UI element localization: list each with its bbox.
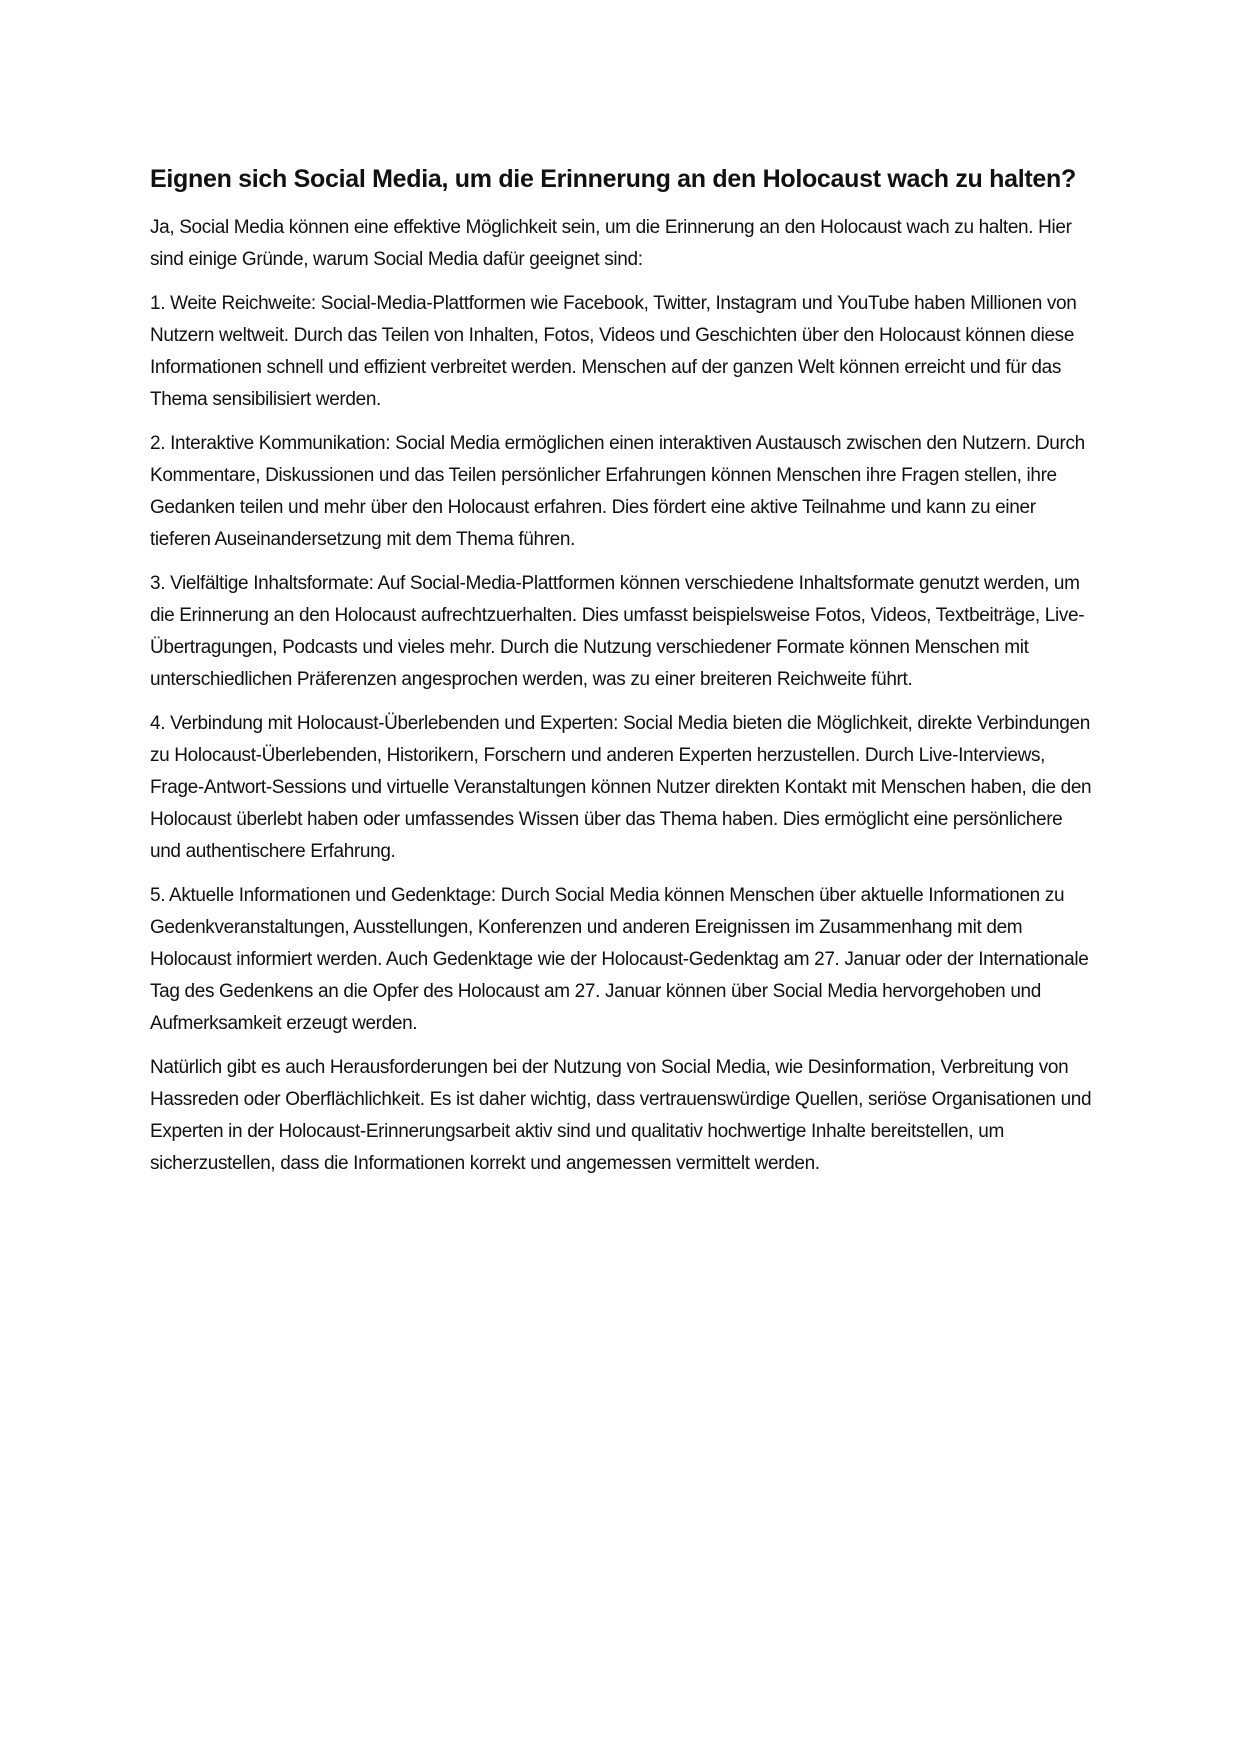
point-3-paragraph: 3. Vielfältige Inhaltsformate: Auf Socia… [150,568,1095,696]
point-5-paragraph: 5. Aktuelle Informationen und Gedenktage… [150,880,1095,1040]
point-4-paragraph: 4. Verbindung mit Holocaust-Überlebenden… [150,708,1095,868]
point-1-paragraph: 1. Weite Reichweite: Social-Media-Plattf… [150,288,1095,416]
document-page: Eignen sich Social Media, um die Erinner… [150,160,1095,1180]
intro-paragraph: Ja, Social Media können eine effektive M… [150,212,1095,276]
conclusion-paragraph: Natürlich gibt es auch Herausforderungen… [150,1052,1095,1180]
point-2-paragraph: 2. Interaktive Kommunikation: Social Med… [150,428,1095,556]
document-title: Eignen sich Social Media, um die Erinner… [150,160,1095,198]
